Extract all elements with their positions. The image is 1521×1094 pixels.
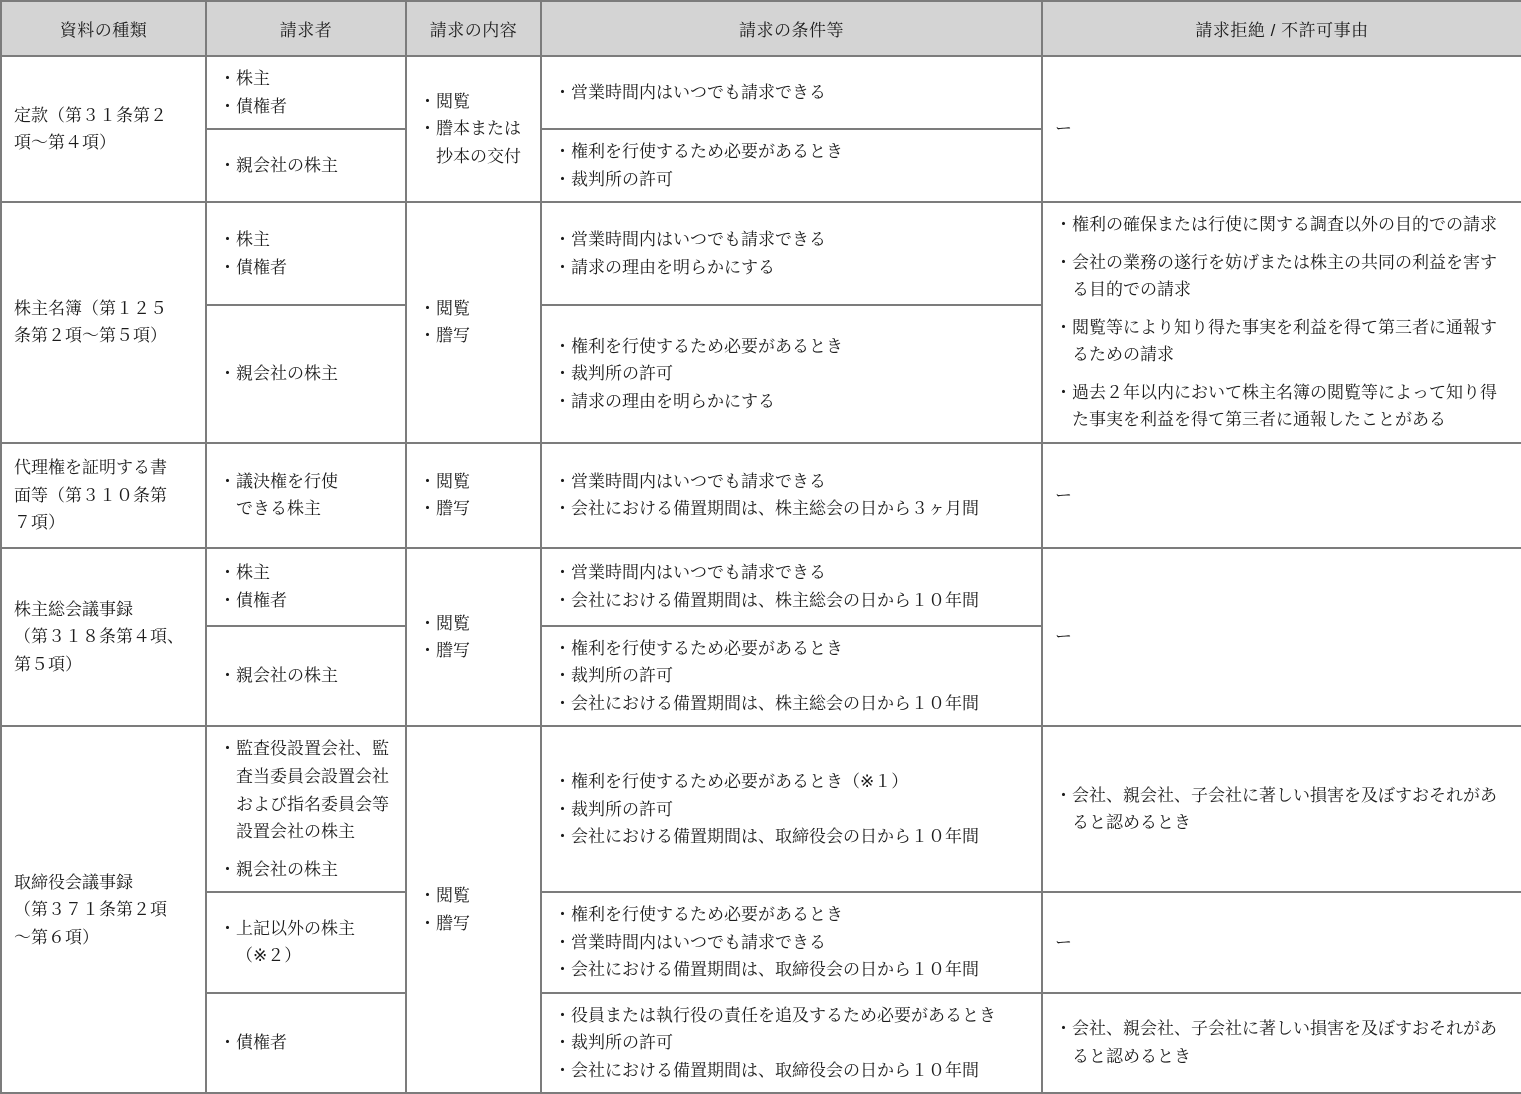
bullet-item: ・閲覧: [419, 295, 530, 323]
requester-cell: ・債権者: [206, 993, 406, 1094]
bullet-item: ・会社における備置期間は、株主総会の日から１０年間: [554, 690, 1031, 718]
bullet-item: ・裁判所の許可: [554, 360, 1031, 388]
bullet-item: ・会社、親会社、子会社に著しい損害を及ぼすおそれがあると認めるとき: [1055, 1015, 1511, 1070]
bullet-item: ・親会社の株主: [219, 856, 395, 884]
conditions-cell: ・権利を行使するため必要があるとき・裁判所の許可: [541, 129, 1042, 202]
requester-cell: ・株主・債権者: [206, 548, 406, 626]
bullet-item: ・謄本または 抄本の交付: [419, 115, 530, 170]
bullet-item: ・監査役設置会社、監査当委員会設置会社および指名委員会等設置会社の株主: [219, 735, 395, 845]
bullet-item: ・営業時間内はいつでも請求できる: [554, 559, 1031, 587]
material-cell-teikan: 定款（第３１条第２ 項～第４項）: [1, 56, 206, 202]
bullet-item: ・閲覧: [419, 610, 530, 638]
table-row: 代理権を証明する書 面等（第３１０条第 ７項） ・議決権を行使 できる株主 ・閲…: [1, 443, 1521, 548]
bullet-item: ・謄写: [419, 322, 530, 350]
bullet-item: ・親会社の株主: [219, 152, 395, 180]
content-cell: ・閲覧・謄写: [406, 443, 541, 548]
conditions-cell: ・営業時間内はいつでも請求できる: [541, 56, 1042, 129]
bullet-item: ・営業時間内はいつでも請求できる: [554, 468, 1031, 496]
corporate-records-request-table: 資料の種類 請求者 請求の内容 請求の条件等 請求拒絶 / 不許可事由 定款（第…: [0, 0, 1521, 1094]
table-row: 株主名簿（第１２５ 条第２項～第５項） ・株主・債権者 ・閲覧・謄写 ・営業時間…: [1, 202, 1521, 305]
bullet-item: ・上記以外の株主 （※２）: [219, 915, 395, 970]
bullet-item: ・閲覧: [419, 468, 530, 496]
conditions-cell: ・権利を行使するため必要があるとき・裁判所の許可・請求の理由を明らかにする: [541, 305, 1042, 443]
content-cell: ・閲覧・謄写: [406, 202, 541, 443]
bullet-item: ・閲覧: [419, 882, 530, 910]
material-cell-soukai-gijiroku: 株主総会議事録 （第３１８条第４項、 第５項）: [1, 548, 206, 727]
bullet-item: ・権利を行使するため必要があるとき: [554, 901, 1031, 929]
bullet-item: ・親会社の株主: [219, 360, 395, 388]
header-rejection: 請求拒絶 / 不許可事由: [1042, 1, 1521, 56]
header-content: 請求の内容: [406, 1, 541, 56]
requester-cell: ・株主・債権者: [206, 56, 406, 129]
bullet-item: ・株主: [219, 65, 395, 93]
rejection-cell-dash: ー: [1042, 443, 1521, 548]
bullet-item: ・親会社の株主: [219, 662, 395, 690]
bullet-item: ・会社における備置期間は、取締役会の日から１０年間: [554, 823, 1031, 851]
bullet-item: ・権利を行使するため必要があるとき: [554, 138, 1031, 166]
requester-cell: ・議決権を行使 できる株主: [206, 443, 406, 548]
bullet-item: ・謄写: [419, 495, 530, 523]
table-row: ・債権者 ・役員または執行役の責任を追及するため必要があるとき・裁判所の許可・会…: [1, 993, 1521, 1094]
rejection-cell-dash: ー: [1042, 56, 1521, 202]
bullet-item: ・債権者: [219, 93, 395, 121]
bullet-item: ・裁判所の許可: [554, 166, 1031, 194]
bullet-item: ・過去２年以内において株主名簿の閲覧等によって知り得た事実を利益を得て第三者に通…: [1055, 379, 1511, 434]
rejection-cell: ・会社、親会社、子会社に著しい損害を及ぼすおそれがあると認めるとき: [1042, 726, 1521, 892]
bullet-item: ・会社の業務の遂行を妨げまたは株主の共同の利益を害する目的での請求: [1055, 249, 1511, 304]
bullet-item: ・会社、親会社、子会社に著しい損害を及ぼすおそれがあると認めるとき: [1055, 782, 1511, 837]
table-row: ・上記以外の株主 （※２） ・権利を行使するため必要があるとき・営業時間内はいつ…: [1, 892, 1521, 993]
conditions-cell: ・役員または執行役の責任を追及するため必要があるとき・裁判所の許可・会社における…: [541, 993, 1042, 1094]
material-cell-dairiken: 代理権を証明する書 面等（第３１０条第 ７項）: [1, 443, 206, 548]
bullet-item: ・株主: [219, 559, 395, 587]
rejection-cell: ・権利の確保または行使に関する調査以外の目的での請求・会社の業務の遂行を妨げまた…: [1042, 202, 1521, 443]
conditions-cell: ・営業時間内はいつでも請求できる・会社における備置期間は、株主総会の日から３ヶ月…: [541, 443, 1042, 548]
bullet-item: ・営業時間内はいつでも請求できる: [554, 929, 1031, 957]
bullet-item: ・権利の確保または行使に関する調査以外の目的での請求: [1055, 211, 1511, 239]
bullet-item: ・債権者: [219, 587, 395, 615]
requester-cell: ・株主・債権者: [206, 202, 406, 305]
bullet-item: ・営業時間内はいつでも請求できる: [554, 226, 1031, 254]
bullet-item: ・会社における備置期間は、取締役会の日から１０年間: [554, 1057, 1031, 1085]
header-conditions: 請求の条件等: [541, 1, 1042, 56]
bullet-item: ・株主: [219, 226, 395, 254]
conditions-cell: ・権利を行使するため必要があるとき（※１）・裁判所の許可・会社における備置期間は…: [541, 726, 1042, 892]
bullet-item: ・権利を行使するため必要があるとき: [554, 333, 1031, 361]
document-page: 資料の種類 請求者 請求の内容 請求の条件等 請求拒絶 / 不許可事由 定款（第…: [0, 0, 1521, 1029]
bullet-item: ・営業時間内はいつでも請求できる: [554, 79, 1031, 107]
bullet-item: ・権利を行使するため必要があるとき（※１）: [554, 768, 1031, 796]
material-cell-kabunushi-meibo: 株主名簿（第１２５ 条第２項～第５項）: [1, 202, 206, 443]
bullet-item: ・裁判所の許可: [554, 796, 1031, 824]
table-row: 取締役会議事録 （第３７１条第２項 ～第６項） ・監査役設置会社、監査当委員会設…: [1, 726, 1521, 892]
requester-cell: ・上記以外の株主 （※２）: [206, 892, 406, 993]
requester-cell: ・親会社の株主: [206, 626, 406, 727]
table-row: 定款（第３１条第２ 項～第４項） ・株主・債権者 ・閲覧・謄本または 抄本の交付…: [1, 56, 1521, 129]
header-material: 資料の種類: [1, 1, 206, 56]
bullet-item: ・請求の理由を明らかにする: [554, 254, 1031, 282]
requester-cell: ・親会社の株主: [206, 129, 406, 202]
bullet-item: ・役員または執行役の責任を追及するため必要があるとき: [554, 1002, 1031, 1030]
bullet-item: ・請求の理由を明らかにする: [554, 388, 1031, 416]
conditions-cell: ・営業時間内はいつでも請求できる・請求の理由を明らかにする: [541, 202, 1042, 305]
bullet-item: ・閲覧等により知り得た事実を利益を得て第三者に通報するための請求: [1055, 314, 1511, 369]
rejection-cell: ・会社、親会社、子会社に著しい損害を及ぼすおそれがあると認めるとき: [1042, 993, 1521, 1094]
conditions-cell: ・権利を行使するため必要があるとき・裁判所の許可・会社における備置期間は、株主総…: [541, 626, 1042, 727]
bullet-item: ・謄写: [419, 637, 530, 665]
bullet-item: ・債権者: [219, 254, 395, 282]
bullet-item: ・債権者: [219, 1029, 395, 1057]
bullet-item: ・裁判所の許可: [554, 662, 1031, 690]
bullet-item: ・会社における備置期間は、株主総会の日から３ヶ月間: [554, 495, 1031, 523]
table-row: 株主総会議事録 （第３１８条第４項、 第５項） ・株主・債権者 ・閲覧・謄写 ・…: [1, 548, 1521, 626]
header-requester: 請求者: [206, 1, 406, 56]
bullet-item: ・議決権を行使 できる株主: [219, 468, 395, 523]
bullet-item: ・権利を行使するため必要があるとき: [554, 635, 1031, 663]
header-row: 資料の種類 請求者 請求の内容 請求の条件等 請求拒絶 / 不許可事由: [1, 1, 1521, 56]
content-cell: ・閲覧・謄写: [406, 548, 541, 727]
bullet-item: ・会社における備置期間は、取締役会の日から１０年間: [554, 956, 1031, 984]
bullet-item: ・謄写: [419, 910, 530, 938]
rejection-cell-dash: ー: [1042, 548, 1521, 727]
bullet-item: ・閲覧: [419, 88, 530, 116]
content-cell: ・閲覧・謄本または 抄本の交付: [406, 56, 541, 202]
requester-cell: ・監査役設置会社、監査当委員会設置会社および指名委員会等設置会社の株主・親会社の…: [206, 726, 406, 892]
conditions-cell: ・権利を行使するため必要があるとき・営業時間内はいつでも請求できる・会社における…: [541, 892, 1042, 993]
rejection-cell-dash: ー: [1042, 892, 1521, 993]
material-cell-torishimariyaku-gijiroku: 取締役会議事録 （第３７１条第２項 ～第６項）: [1, 726, 206, 1093]
bullet-item: ・裁判所の許可: [554, 1029, 1031, 1057]
requester-cell: ・親会社の株主: [206, 305, 406, 443]
conditions-cell: ・営業時間内はいつでも請求できる・会社における備置期間は、株主総会の日から１０年…: [541, 548, 1042, 626]
bullet-item: ・会社における備置期間は、株主総会の日から１０年間: [554, 587, 1031, 615]
content-cell: ・閲覧・謄写: [406, 726, 541, 1093]
